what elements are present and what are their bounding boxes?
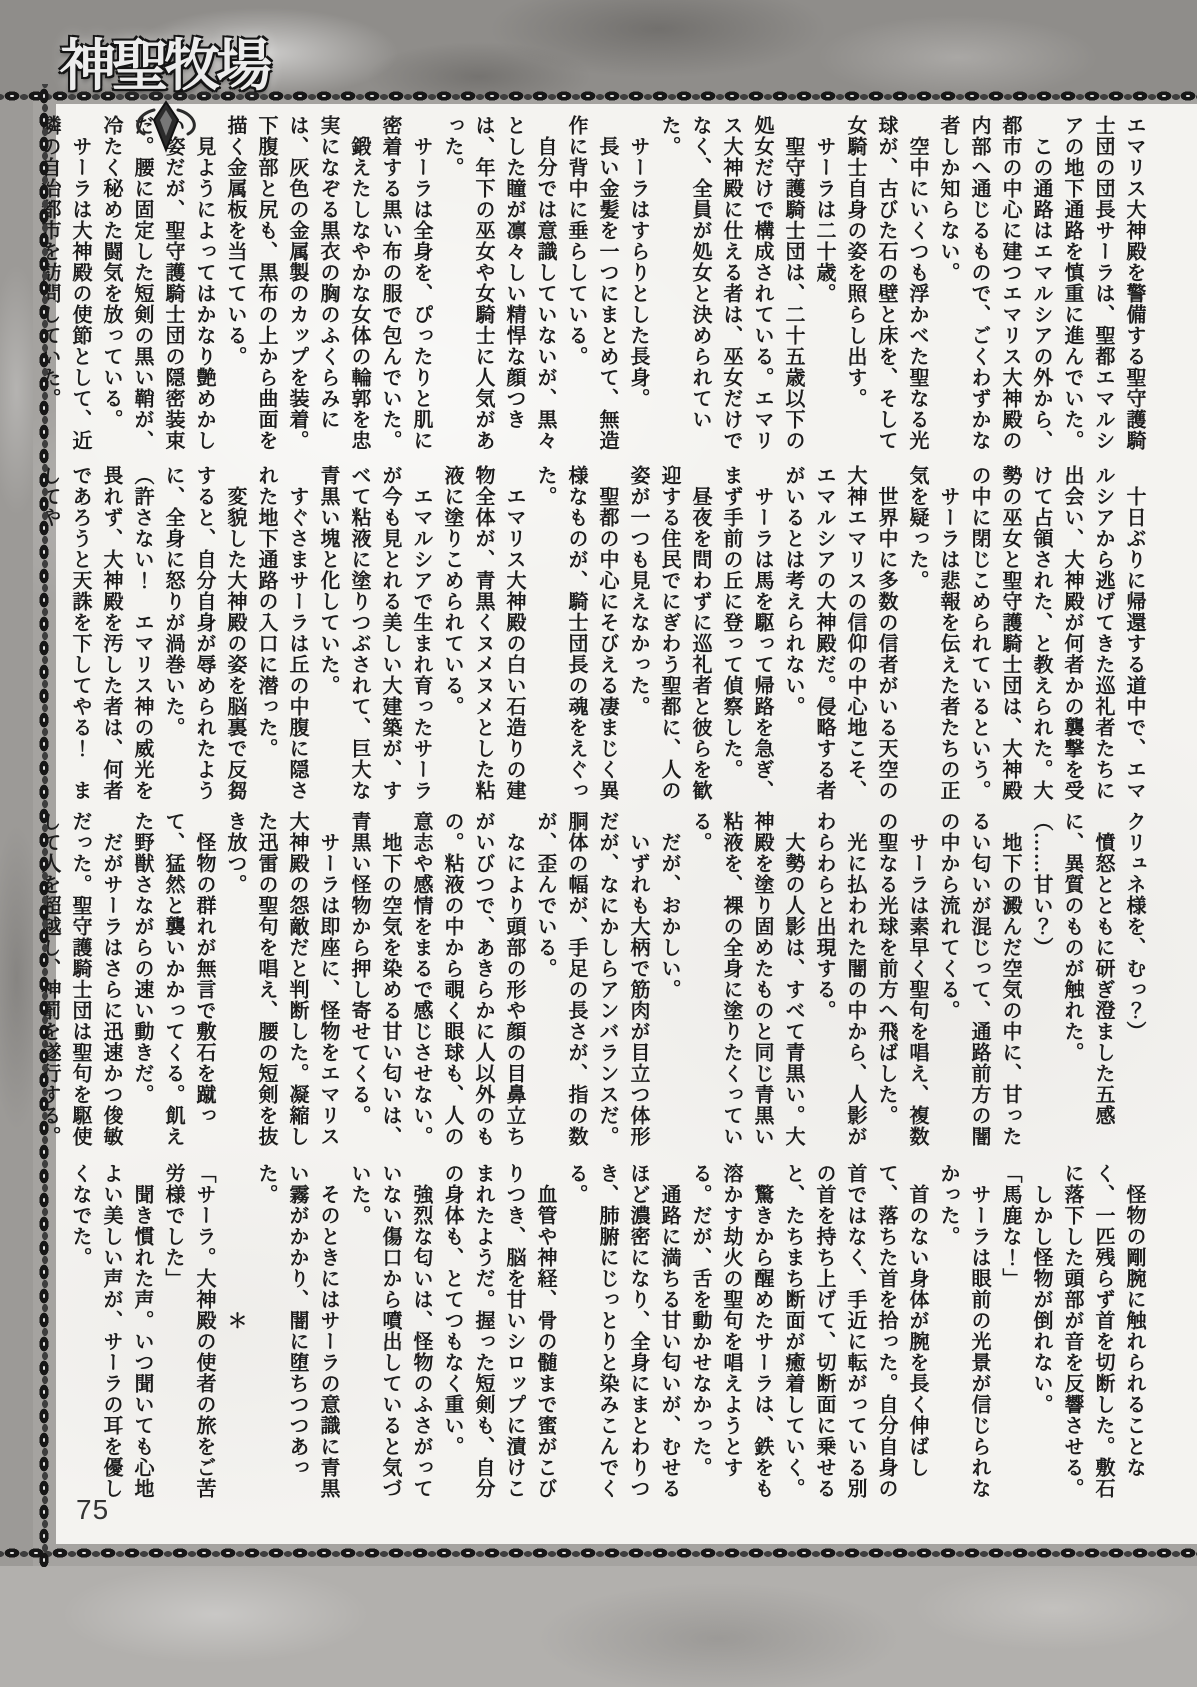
text-band-3: クリュネ様を、むっ？） 憤怒とともに研ぎ澄ました五感に、異質のものが触れた。 （…	[66, 811, 1149, 1157]
series-logo: 神聖牧場	[60, 22, 268, 102]
chain-border-bottom-icon	[0, 1541, 1197, 1565]
page-surface: エマリス大神殿を警備する聖守護騎士団の団長サーラは、聖都エマルシアの地下通路を慎…	[56, 104, 1197, 1544]
text-band-1: エマリス大神殿を警備する聖守護騎士団の団長サーラは、聖都エマルシアの地下通路を慎…	[66, 115, 1149, 463]
page-number: 75	[76, 1494, 109, 1526]
chain-pendant-ornament-icon	[116, 100, 216, 156]
text-band-2: 十日ぶりに帰還する道中で、エマルシアから逃げてきた巡礼者たちに出会い、大神殿が何…	[66, 465, 1149, 809]
text-band-4: 怪物の剛腕に触れられることなく、一匹残らず首を切断した。敷石に落下した頭部が音を…	[66, 1163, 1149, 1515]
chain-border-left-icon	[32, 84, 56, 1567]
stone-texture-left	[0, 96, 33, 1566]
book-page: エマリス大神殿を警備する聖守護騎士団の団長サーラは、聖都エマルシアの地下通路を慎…	[0, 0, 1197, 1687]
stone-texture-bottom	[0, 1566, 1197, 1687]
